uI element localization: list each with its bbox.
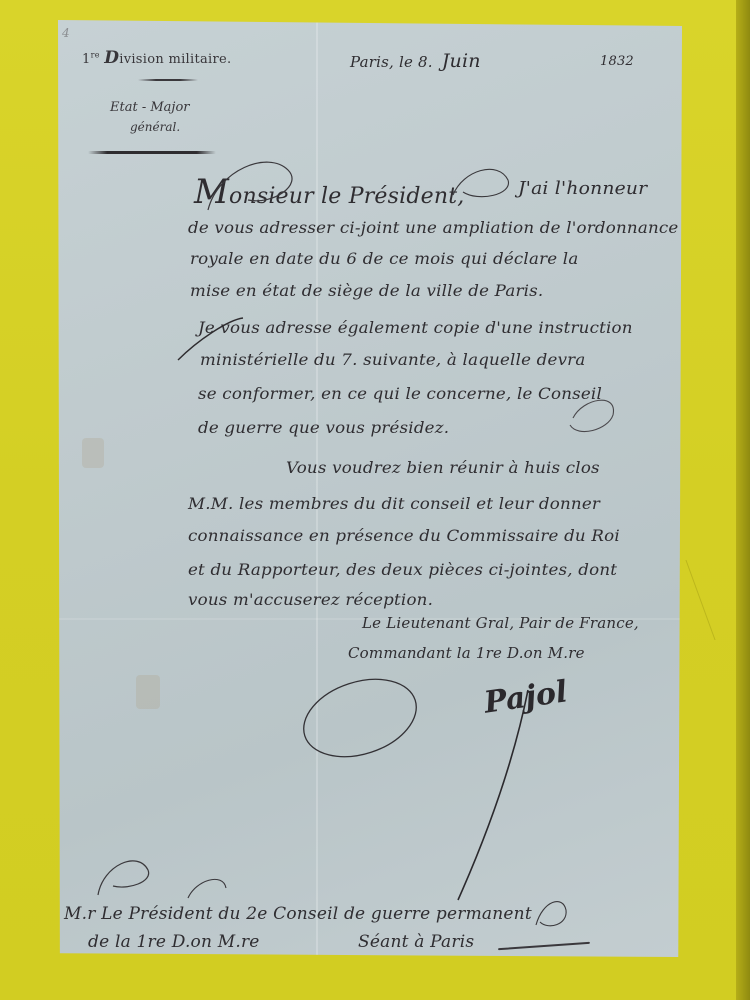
dateline-month: Juin <box>442 50 481 72</box>
background-crease <box>685 560 750 640</box>
paper-stain <box>136 675 160 709</box>
address-line: Séant à Paris <box>358 932 474 952</box>
address-line: M.r Le Président du 2e Conseil de guerre… <box>64 904 532 924</box>
signature: Pajol <box>482 674 570 720</box>
body-line: de guerre que vous présidez. <box>198 418 449 437</box>
division-drop-cap: D <box>104 48 119 68</box>
letterhead-etat-major: Etat - Major <box>110 100 189 115</box>
paper-stain <box>82 438 104 468</box>
page-number: 4 <box>62 26 70 40</box>
body-line: de vous adresser ci-joint une ampliation… <box>188 218 678 237</box>
body-line: Je vous adresse également copie d'une in… <box>198 318 633 337</box>
letterhead-rule-small <box>138 79 198 81</box>
conseil-flourish <box>570 400 613 431</box>
body-line: royale en date du 6 de ce mois qui décla… <box>190 249 578 268</box>
signature-descender <box>458 690 528 900</box>
letterhead-general: général. <box>130 120 180 134</box>
body-line: mise en état de siège de la ville de Par… <box>190 281 543 300</box>
body-line: J'ai l'honneur <box>518 178 647 199</box>
salutation: Monsieur le Président, <box>194 172 464 212</box>
paper-fold-vertical <box>316 20 318 957</box>
body-line: Vous voudrez bien réunir à huis clos <box>286 458 600 477</box>
salutation-text: onsieur le Président, <box>229 184 464 209</box>
signature-oval <box>294 666 427 770</box>
closing-title: Le Lieutenant Gral, Pair de France, <box>362 614 639 632</box>
division-ordinal-suffix: re <box>91 51 100 60</box>
division-text: ivision militaire. <box>119 52 231 67</box>
letterhead-division: 1re Division militaire. <box>82 48 231 68</box>
background-shadow <box>736 0 750 1000</box>
pen-flourishes <box>58 20 682 957</box>
body-line: connaissance en présence du Commissaire … <box>188 526 620 545</box>
body-line: vous m'accuserez réception. <box>188 590 433 609</box>
address-line: de la 1re D.on M.re <box>88 932 260 952</box>
dateline-place: Paris, le <box>350 53 413 71</box>
letter-sheet: 4 1re Division militaire. Etat - Major g… <box>58 20 682 957</box>
body-line: et du Rapporteur, des deux pièces ci-joi… <box>188 560 617 579</box>
body-line: se conformer, en ce qui le concerne, le … <box>198 384 602 403</box>
division-ordinal: 1 <box>82 52 91 67</box>
closing-command: Commandant la 1re D.on M.re <box>348 644 585 662</box>
dateline-day: 8. <box>418 53 433 71</box>
body-line: M.M. les membres du dit conseil et leur … <box>188 494 600 513</box>
salutation-cap: M <box>194 172 229 212</box>
body-line: ministérielle du 7. suivante, à laquelle… <box>200 350 585 369</box>
address-underline <box>498 942 590 950</box>
letterhead-rule-large <box>88 151 216 154</box>
dateline: Paris, le 8. Juin <box>350 50 481 72</box>
address-flourish <box>98 861 149 895</box>
address-flourish <box>188 879 226 898</box>
dateline-year: 1832 <box>600 54 634 69</box>
paris-flourish <box>536 902 566 926</box>
